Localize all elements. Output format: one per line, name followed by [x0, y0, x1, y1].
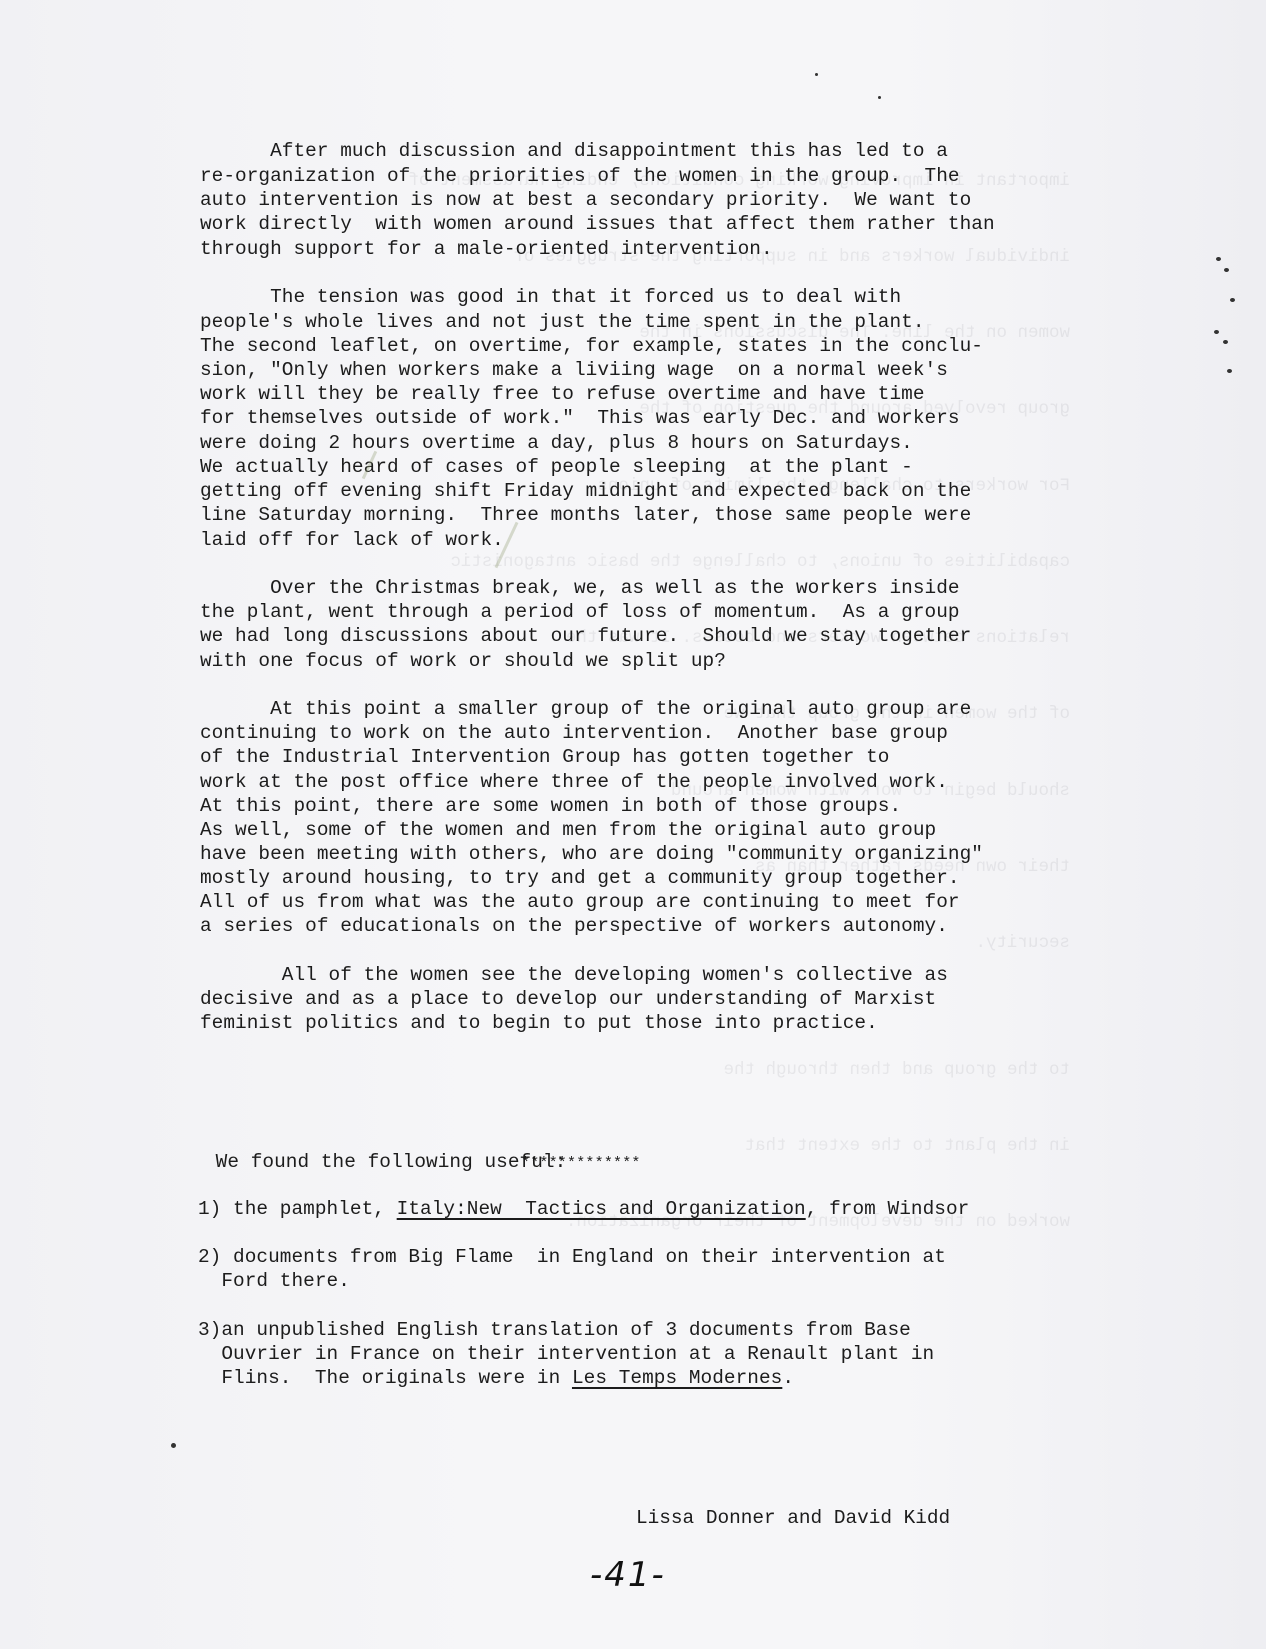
list-item-continuation: Ford there. [198, 1269, 350, 1293]
text-line: laid off for lack of work. [200, 528, 504, 552]
list-number: 3) [198, 1319, 221, 1341]
text-line: We actually heard of cases of people sle… [200, 455, 913, 479]
list-item: 1) the pamphlet, Italy:New Tactics and O… [198, 1197, 969, 1221]
text-line: work directly with women around issues t… [200, 212, 995, 236]
text-line: have been meeting with others, who are d… [200, 842, 983, 866]
scan-speck [878, 96, 881, 99]
scan-speck [1214, 330, 1219, 334]
text-line: feminist politics and to begin to put th… [200, 1011, 878, 1035]
list-text: . [782, 1367, 794, 1389]
scanned-page: important in improving working condition… [0, 0, 1266, 1649]
page-number: -41- [590, 1555, 666, 1595]
text-line: people's whole lives and not just the ti… [200, 310, 925, 334]
list-item: 2) documents from Big Flame in England o… [198, 1245, 946, 1269]
text-line: work will they be really free to refuse … [200, 382, 925, 406]
text-line: As well, some of the women and men from … [200, 818, 936, 842]
text-line: auto intervention is now at best a secon… [200, 188, 971, 212]
useful-intro: We found the following useful: [204, 1150, 566, 1174]
scan-speck [1223, 340, 1228, 344]
list-number: 1) [198, 1198, 221, 1220]
text-line: through support for a male-oriented inte… [200, 237, 773, 261]
list-text: the pamphlet, [221, 1198, 396, 1220]
text-line: for themselves outside of work." This wa… [200, 406, 960, 430]
list-item: 3)an unpublished English translation of … [198, 1318, 911, 1342]
text-line: sion, "Only when workers make a liviing … [200, 358, 948, 382]
list-text: Flins. The originals were in [198, 1367, 572, 1389]
text-line: All of us from what was the auto group a… [200, 890, 960, 914]
text-line: The tension was good in that it forced u… [200, 285, 901, 309]
journal-title: Les Temps Modernes [572, 1367, 782, 1389]
list-item-continuation: Ouvrier in France on their intervention … [198, 1342, 934, 1366]
list-text: an unpublished English translation of 3 … [221, 1319, 911, 1341]
list-item-continuation: Flins. The originals were in Les Temps M… [198, 1366, 794, 1390]
text-line: re-organization of the priorities of the… [200, 164, 960, 188]
bleed-line: capabilities of unions, to challenge the… [240, 550, 1070, 575]
text-line: we had long discussions about our future… [200, 624, 971, 648]
text-line: work at the post office where three of t… [200, 770, 948, 794]
text-line: Over the Christmas break, we, as well as… [200, 576, 960, 600]
text-line: mostly around housing, to try and get a … [200, 866, 960, 890]
text-line: At this point, there are some women in b… [200, 794, 901, 818]
scan-speck [171, 1443, 176, 1448]
scan-speck [1216, 257, 1221, 261]
scan-speck [1227, 369, 1232, 373]
pamphlet-title: Italy:New Tactics and Organization [397, 1198, 806, 1220]
text-line: continuing to work on the auto intervent… [200, 721, 948, 745]
scan-speck [1230, 298, 1235, 302]
text-line: the plant, went through a period of loss… [200, 600, 960, 624]
list-text: , from Windsor [806, 1198, 970, 1220]
list-number: 2) [198, 1246, 221, 1268]
list-text: documents from Big Flame in England on t… [221, 1246, 946, 1268]
text-line: decisive and as a place to develop our u… [200, 987, 936, 1011]
text-line: getting off evening shift Friday midnigh… [200, 479, 971, 503]
text-line: After much discussion and disappointment… [200, 139, 948, 163]
text-line: with one focus of work or should we spli… [200, 649, 726, 673]
bleed-line: to the group and then through the [240, 1058, 1070, 1083]
text-line: At this point a smaller group of the ori… [200, 697, 971, 721]
text-line: The second leaflet, on overtime, for exa… [200, 334, 983, 358]
text-line: a series of educationals on the perspect… [200, 914, 948, 938]
text-line: line Saturday morning. Three months late… [200, 503, 971, 527]
text-line: of the Industrial Intervention Group has… [200, 745, 890, 769]
text-line: All of the women see the developing wome… [200, 963, 948, 987]
scan-speck [1224, 268, 1229, 272]
author-signature: Lissa Donner and David Kidd [636, 1507, 950, 1529]
text-line: were doing 2 hours overtime a day, plus … [200, 431, 913, 455]
scan-speck [815, 73, 818, 76]
